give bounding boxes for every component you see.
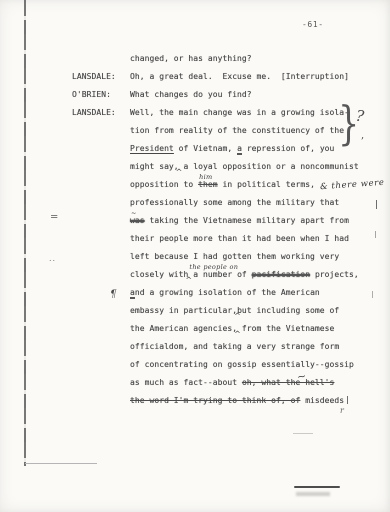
- typewritten-text: the American agencies,: [130, 324, 237, 333]
- typewritten-text: as much as fact--about: [130, 378, 242, 387]
- margin-dash-mark: =: [50, 212, 58, 223]
- transcript-line: and a growing isolation of the American: [130, 288, 385, 306]
- speaker-label: LANSDALE:: [72, 108, 116, 117]
- struck-out-text: them: [198, 180, 217, 189]
- transcript-line: closely with^the people on a number of p…: [130, 270, 385, 288]
- typewritten-text: Oh, a great deal. Excuse me. [Interrupti…: [130, 72, 349, 81]
- struck-out-text: pacification: [252, 270, 310, 279]
- typewritten-text: projects,: [310, 270, 359, 279]
- photocopy-edge-line: [25, 463, 97, 464]
- handwritten-comma-mark: ,: [361, 130, 364, 141]
- margin-tick-mark: [376, 200, 377, 209]
- typewritten-text: President: [130, 144, 174, 153]
- typewritten-text: What changes do you find?: [130, 90, 252, 99]
- struck-out-text: was: [130, 216, 145, 225]
- speaker-label: O'BRIEN:: [72, 90, 111, 99]
- handwritten-pilcrow-mark: ¶: [110, 289, 116, 300]
- struck-out-text: oh, what the hell's: [242, 378, 334, 387]
- typewritten-text: in political terms,: [218, 180, 315, 189]
- typewritten-text: opposition to: [130, 180, 198, 189]
- transcript-line: embassy in particular,^but including som…: [130, 306, 385, 324]
- scanned-document-page: -61- changed, or has anything?LANSDALE:O…: [0, 0, 390, 512]
- typewritten-text: tion from reality of the constituency of…: [130, 126, 344, 135]
- transcript-line: LANSDALE:Oh, a great deal. Excuse me. [I…: [130, 72, 385, 90]
- transcript-line: opposition to himthem in political terms…: [130, 180, 385, 198]
- margin-note-r: r: [340, 406, 344, 415]
- struck-out-text: the word I'm trying to think of, of: [130, 396, 300, 405]
- typewritten-text: but including some of: [237, 306, 339, 315]
- transcript-line: professionally some among the military t…: [130, 198, 385, 216]
- speaker-label: LANSDALE:: [72, 72, 116, 81]
- handwritten-text: & there were: [320, 178, 385, 192]
- typewritten-text: changed, or has anything?: [130, 54, 252, 63]
- transcript-line: might say,^ a loyal opposition or a nonc…: [130, 162, 385, 180]
- typewritten-text: professionally some among the military t…: [130, 198, 339, 207]
- typewritten-text: closely with: [130, 270, 188, 279]
- typewritten-text: from the Vietnamese: [237, 324, 334, 333]
- typewritten-text: of Vietnam,: [174, 144, 237, 153]
- typewritten-text: embassy in particular,: [130, 306, 237, 315]
- typewritten-text: a loyal opposition or a noncommunist: [179, 162, 359, 171]
- transcript-line: of concentrating on gossip essentially--…: [130, 360, 385, 378]
- photocopy-smudge: [296, 492, 330, 496]
- typewritten-text: might say,: [130, 162, 179, 171]
- transcript-line: left because I had gotten them working v…: [130, 252, 385, 270]
- handwritten-squiggle-mark: ~: [296, 369, 307, 383]
- typewritten-text: of concentrating on gossip essentially--…: [130, 360, 354, 369]
- typewritten-text: a number of: [188, 270, 251, 279]
- typewritten-text: repression of, you: [242, 144, 334, 153]
- margin-tick-mark: [347, 396, 348, 404]
- transcript-line: as much as fact--about oh, what the hell…: [130, 378, 385, 396]
- photocopy-edge-line: [293, 433, 313, 434]
- typewritten-text: their people more than it had been when …: [130, 234, 349, 243]
- margin-tick-mark: [375, 231, 376, 238]
- typewritten-text: left because I had gotten them working v…: [130, 252, 339, 261]
- margin-tick-mark: [372, 291, 373, 298]
- photocopy-fold-line: [24, 0, 26, 466]
- transcript-line: their people more than it had been when …: [130, 234, 385, 252]
- transcript-line: the American agencies,^ from the Vietnam…: [130, 324, 385, 342]
- typewritten-text: taking the Vietnamese military apart fro…: [145, 216, 349, 225]
- transcript-line: changed, or has anything?: [130, 54, 385, 72]
- page-number: -61-: [302, 20, 324, 29]
- typewritten-text: officialdom, and taking a very strange f…: [130, 342, 339, 351]
- transcript-line: ~was taking the Vietnamese military apar…: [130, 216, 385, 234]
- typewritten-text: misdeeds: [300, 396, 344, 405]
- margin-dots-mark: ..: [49, 254, 56, 263]
- photocopy-edge-line: [294, 486, 340, 488]
- typewritten-text: nd a growing isolation of the American: [135, 288, 320, 297]
- transcript-line: officialdom, and taking a very strange f…: [130, 342, 385, 360]
- typewritten-text: Well, the main change was in a growing i…: [130, 108, 349, 117]
